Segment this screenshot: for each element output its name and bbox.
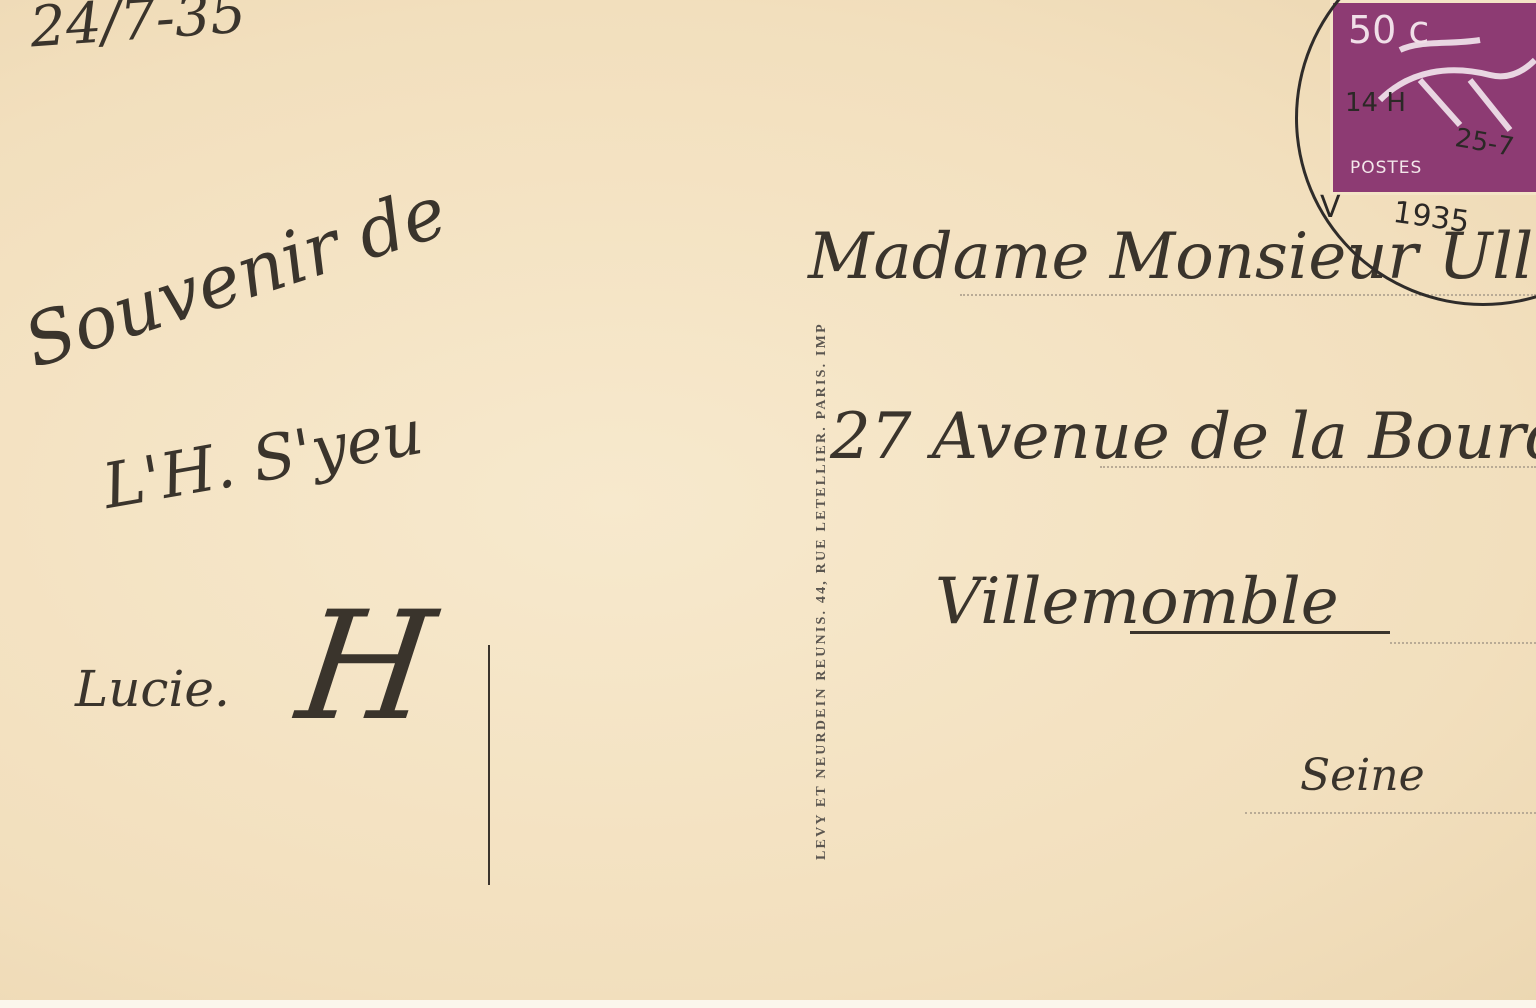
postmark-time: 14 H (1345, 88, 1406, 118)
signature-stroke (488, 645, 490, 885)
address-line-3: Villemomble (935, 565, 1339, 639)
address-rule-4 (1245, 812, 1536, 814)
message-line-2: L'H. S'yeu (97, 395, 428, 523)
signature-lucie: Lucie. (75, 660, 230, 718)
address-line-2: 27 Avenue de la Bourdonnais (830, 400, 1536, 474)
handwritten-date: 24/7-35 (28, 0, 248, 60)
card-bottom-edge (0, 1000, 1536, 1008)
address-line-4: Seine (1300, 750, 1425, 801)
postmark-letter: V (1320, 190, 1341, 225)
underline-stroke (1130, 631, 1390, 634)
message-line-1: Souvenir de (14, 169, 456, 384)
address-rule-2 (1100, 466, 1536, 468)
address-rule-3 (1390, 642, 1536, 644)
postcard-back: 24/7-35 Souvenir de L'H. S'yeu Lucie. H … (0, 0, 1536, 1008)
signature-initial: H (272, 580, 459, 754)
